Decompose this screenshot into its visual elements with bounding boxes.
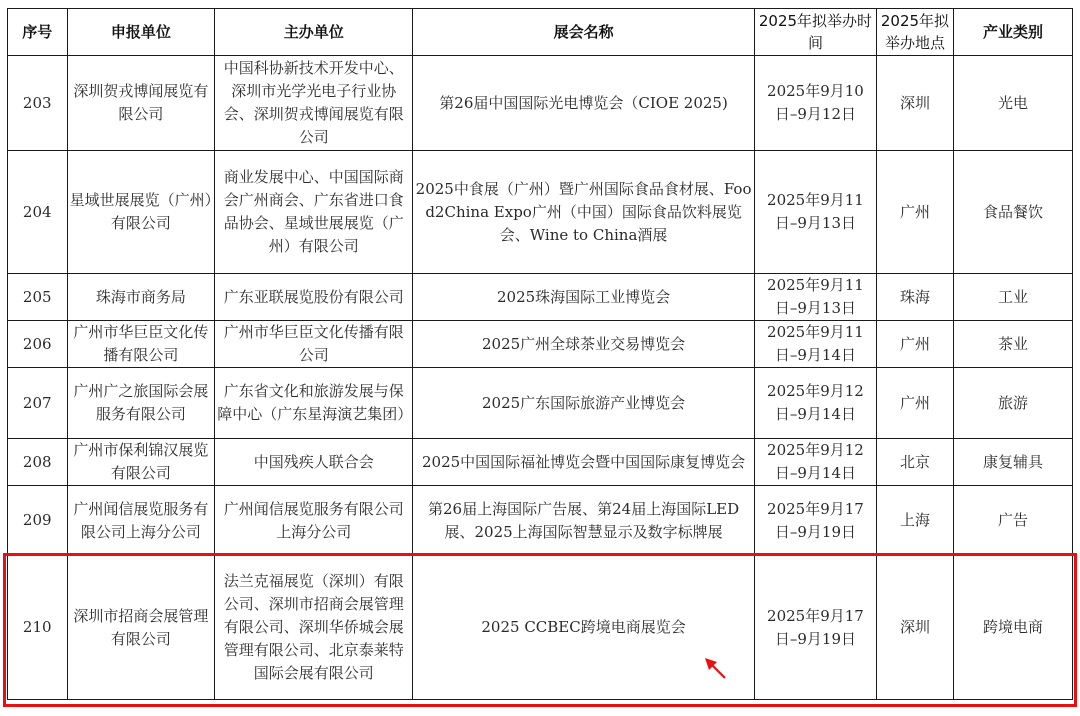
header-place: 2025年拟举办地点: [877, 9, 954, 56]
cell-host: 中国残疾人联合会: [215, 439, 413, 486]
cell-place: 广州: [877, 368, 954, 439]
cell-industry: 旅游: [953, 368, 1072, 439]
cell-industry: 广告: [953, 486, 1072, 556]
cell-time: 2025年9月11日–9月13日: [754, 151, 876, 274]
cell-place: 广州: [877, 321, 954, 368]
cell-name: 2025 CCBEC跨境电商展览会: [413, 556, 755, 700]
cell-name: 2025珠海国际工业博览会: [413, 274, 755, 321]
cell-no: 207: [8, 368, 68, 439]
cell-industry: 康复辅具: [953, 439, 1072, 486]
table-row: 207 广州广之旅国际会展服务有限公司 广东省文化和旅游发展与保障中心（广东星海…: [8, 368, 1073, 439]
cell-name: 第26届中国国际光电博览会（CIOE 2025): [413, 56, 755, 151]
header-host: 主办单位: [215, 9, 413, 56]
cell-applicant: 广州广之旅国际会展服务有限公司: [67, 368, 215, 439]
table-row: 208 广州市保利锦汉展览有限公司 中国残疾人联合会 2025中国国际福祉博览会…: [8, 439, 1073, 486]
cell-time: 2025年9月17日–9月19日: [754, 556, 876, 700]
header-no: 序号: [8, 9, 68, 56]
header-time: 2025年拟举办时间: [754, 9, 876, 56]
table-row: 203 深圳贺戎博闻展览有限公司 中国科协新技术开发中心、深圳市光学光电子行业协…: [8, 56, 1073, 151]
cell-place: 深圳: [877, 556, 954, 700]
table-row: 205 珠海市商务局 广东亚联展览股份有限公司 2025珠海国际工业博览会 20…: [8, 274, 1073, 321]
cell-name: 2025广州全球茶业交易博览会: [413, 321, 755, 368]
cell-time: 2025年9月10日–9月12日: [754, 56, 876, 151]
cell-no: 208: [8, 439, 68, 486]
cell-place: 广州: [877, 151, 954, 274]
table-row-highlighted: 210 深圳市招商会展管理有限公司 法兰克福展览（深圳）有限公司、深圳市招商会展…: [8, 556, 1073, 700]
cell-host: 广州闻信展览服务有限公司上海分公司: [215, 486, 413, 556]
cell-place: 深圳: [877, 56, 954, 151]
cell-applicant: 深圳市招商会展管理有限公司: [67, 556, 215, 700]
cell-host: 广东省文化和旅游发展与保障中心（广东星海演艺集团）: [215, 368, 413, 439]
cell-time: 2025年9月12日–9月14日: [754, 439, 876, 486]
cell-name: 2025中食展（广州）暨广州国际食品食材展、Food2China Expo广州（…: [413, 151, 755, 274]
cell-industry: 工业: [953, 274, 1072, 321]
cell-applicant: 星域世展展览（广州）有限公司: [67, 151, 215, 274]
cell-industry: 光电: [953, 56, 1072, 151]
cell-industry: 茶业: [953, 321, 1072, 368]
cell-host: 广东亚联展览股份有限公司: [215, 274, 413, 321]
cell-no: 210: [8, 556, 68, 700]
cell-no: 203: [8, 56, 68, 151]
cell-time: 2025年9月12日–9月14日: [754, 368, 876, 439]
cell-place: 珠海: [877, 274, 954, 321]
cell-applicant: 深圳贺戎博闻展览有限公司: [67, 56, 215, 151]
header-row: 序号 申报单位 主办单位 展会名称 2025年拟举办时间 2025年拟举办地点 …: [8, 9, 1073, 56]
cell-host: 商业发展中心、中国国际商会广州商会、广东省进口食品协会、星域世展展览（广州）有限…: [215, 151, 413, 274]
cell-applicant: 广州闻信展览服务有限公司上海分公司: [67, 486, 215, 556]
cell-place: 上海: [877, 486, 954, 556]
cell-time: 2025年9月11日–9月14日: [754, 321, 876, 368]
cell-no: 209: [8, 486, 68, 556]
cell-industry: 跨境电商: [953, 556, 1072, 700]
header-applicant: 申报单位: [67, 9, 215, 56]
cell-time: 2025年9月17日–9月19日: [754, 486, 876, 556]
cell-applicant: 广州市华巨臣文化传播有限公司: [67, 321, 215, 368]
cell-no: 204: [8, 151, 68, 274]
header-industry: 产业类别: [953, 9, 1072, 56]
cell-name: 2025广东国际旅游产业博览会: [413, 368, 755, 439]
cell-industry: 食品餐饮: [953, 151, 1072, 274]
cell-applicant: 广州市保利锦汉展览有限公司: [67, 439, 215, 486]
table-row: 209 广州闻信展览服务有限公司上海分公司 广州闻信展览服务有限公司上海分公司 …: [8, 486, 1073, 556]
cell-no: 206: [8, 321, 68, 368]
header-name: 展会名称: [413, 9, 755, 56]
cell-name: 第26届上海国际广告展、第24届上海国际LED展、2025上海国际智慧显示及数字…: [413, 486, 755, 556]
cell-host: 中国科协新技术开发中心、深圳市光学光电子行业协会、深圳贺戎博闻展览有限公司: [215, 56, 413, 151]
cell-host: 广州市华巨臣文化传播有限公司: [215, 321, 413, 368]
cell-applicant: 珠海市商务局: [67, 274, 215, 321]
cell-time: 2025年9月11日–9月13日: [754, 274, 876, 321]
cell-place: 北京: [877, 439, 954, 486]
cell-no: 205: [8, 274, 68, 321]
cell-name: 2025中国国际福祉博览会暨中国国际康复博览会: [413, 439, 755, 486]
cell-host: 法兰克福展览（深圳）有限公司、深圳市招商会展管理有限公司、深圳华侨城会展管理有限…: [215, 556, 413, 700]
table-row: 206 广州市华巨臣文化传播有限公司 广州市华巨臣文化传播有限公司 2025广州…: [8, 321, 1073, 368]
table-row: 204 星域世展展览（广州）有限公司 商业发展中心、中国国际商会广州商会、广东省…: [8, 151, 1073, 274]
exhibition-table: 序号 申报单位 主办单位 展会名称 2025年拟举办时间 2025年拟举办地点 …: [7, 8, 1073, 700]
